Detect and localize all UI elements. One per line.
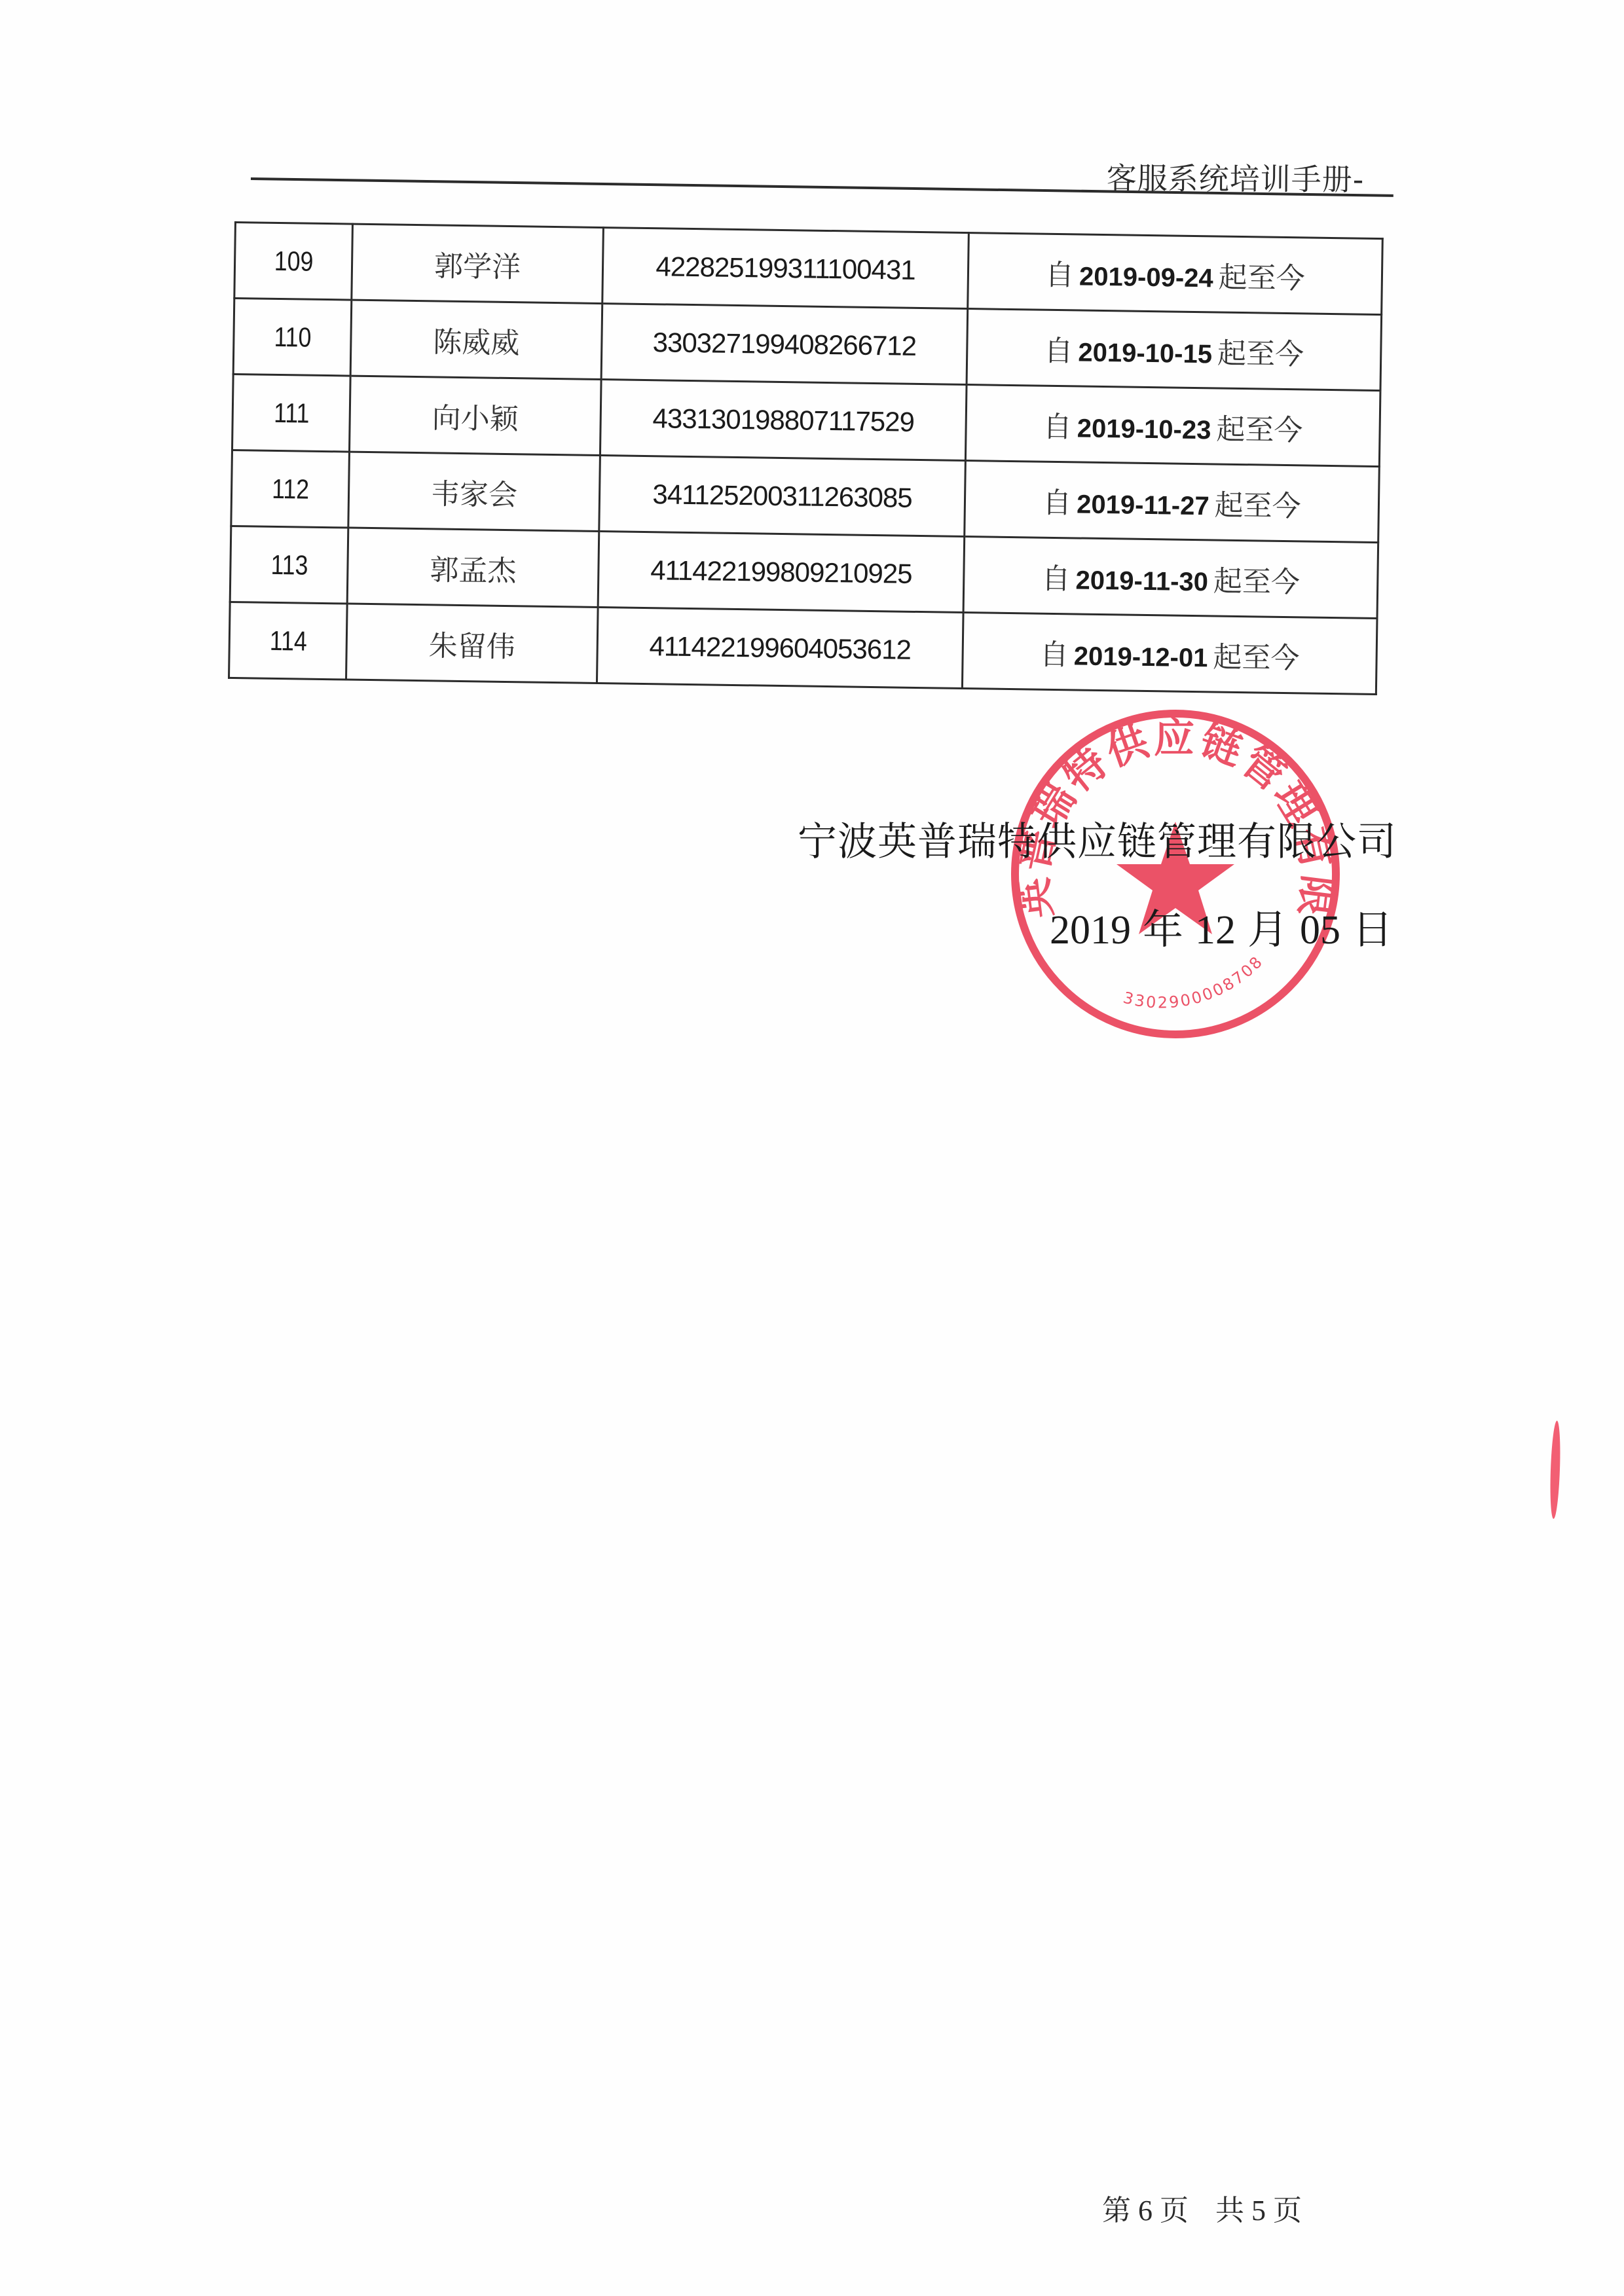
id-number: 411422199809210925 — [598, 532, 965, 613]
page-label-prefix: 第 — [1102, 2195, 1131, 2227]
employment-period: 自2019-09-24起至今 — [968, 233, 1383, 315]
page-footer: 第 6 页 共 5 页 — [1102, 2187, 1302, 2229]
signature-date: 2019年12月05日 — [1050, 897, 1405, 955]
employee-name: 向小颖 — [349, 376, 601, 455]
id-number: 341125200311263085 — [599, 456, 966, 537]
period-prefix: 自 — [1043, 486, 1072, 520]
sign-day: 05 — [1300, 908, 1340, 953]
document-page: 客服系统培训手册- 109郭学洋422825199311100431自2019-… — [0, 0, 1624, 2296]
period-suffix: 起至今 — [1214, 488, 1301, 523]
start-date: 2019-11-27 — [1077, 490, 1209, 520]
employment-period: 自2019-10-15起至今 — [967, 309, 1382, 391]
employee-table-container: 109郭学洋422825199311100431自2019-09-24起至今11… — [228, 221, 1384, 695]
employee-name: 郭学洋 — [352, 224, 604, 303]
employee-name: 陈威威 — [350, 300, 602, 379]
period-prefix: 自 — [1043, 410, 1072, 444]
period-prefix: 自 — [1041, 562, 1071, 596]
start-date: 2019-12-01 — [1074, 642, 1208, 672]
svg-text:3302900008708: 3302900008708 — [1121, 952, 1267, 1012]
period-suffix: 起至今 — [1218, 261, 1305, 295]
row-number: 112 — [240, 450, 341, 528]
employment-period: 自2019-10-23起至今 — [965, 385, 1380, 467]
seal-edge-mark — [1549, 1421, 1561, 1519]
period-prefix: 自 — [1039, 638, 1069, 672]
start-date: 2019-09-24 — [1079, 262, 1213, 293]
row-number: 114 — [238, 602, 339, 680]
row-number: 110 — [242, 299, 343, 376]
page-current: 6 — [1138, 2195, 1153, 2227]
page-total: 5 — [1251, 2195, 1266, 2227]
id-number: 411422199604053612 — [597, 608, 963, 689]
row-number: 113 — [239, 526, 340, 604]
employee-name: 朱留伟 — [346, 604, 598, 683]
sign-year-unit: 年 — [1143, 908, 1183, 953]
total-prefix: 共 — [1215, 2195, 1244, 2227]
row-number: 111 — [241, 374, 342, 452]
id-number: 330327199408266712 — [601, 304, 968, 385]
sign-month-unit: 月 — [1247, 908, 1288, 953]
employee-name: 韦家会 — [348, 452, 600, 531]
employment-period: 自2019-11-27起至今 — [965, 461, 1380, 543]
period-suffix: 起至今 — [1217, 337, 1304, 371]
seal-code: 3302900008708 — [1121, 952, 1267, 1012]
employee-table: 109郭学洋422825199311100431自2019-09-24起至今11… — [228, 221, 1384, 695]
start-date: 2019-11-30 — [1075, 566, 1208, 596]
period-prefix: 自 — [1044, 334, 1073, 368]
table-row: 114朱留伟411422199604053612自2019-12-01起至今 — [229, 602, 1377, 694]
start-date: 2019-10-15 — [1078, 338, 1212, 369]
employment-period: 自2019-11-30起至今 — [963, 537, 1378, 619]
period-suffix: 起至今 — [1213, 640, 1300, 675]
start-date: 2019-10-23 — [1077, 414, 1211, 445]
id-number: 433130198807117529 — [600, 380, 967, 461]
company-name: 宁波英普瑞特供应链管理有限公司 — [798, 811, 1397, 867]
row-number: 109 — [243, 223, 344, 300]
sign-year: 2019 — [1050, 908, 1131, 953]
period-suffix: 起至今 — [1213, 564, 1301, 599]
id-number: 422825199311100431 — [602, 228, 969, 309]
employee-name: 郭孟杰 — [347, 528, 599, 607]
employment-period: 自2019-12-01起至今 — [962, 612, 1377, 694]
period-suffix: 起至今 — [1216, 412, 1303, 447]
page-label-mid: 页 — [1160, 2195, 1189, 2227]
sign-month: 12 — [1195, 908, 1236, 953]
company-seal-icon: 宁波英普瑞特供应链管理有限公司 3302900008708 — [1005, 704, 1346, 1044]
period-prefix: 自 — [1045, 258, 1075, 292]
total-suffix: 页 — [1273, 2195, 1302, 2227]
sign-day-unit: 日 — [1352, 908, 1393, 953]
